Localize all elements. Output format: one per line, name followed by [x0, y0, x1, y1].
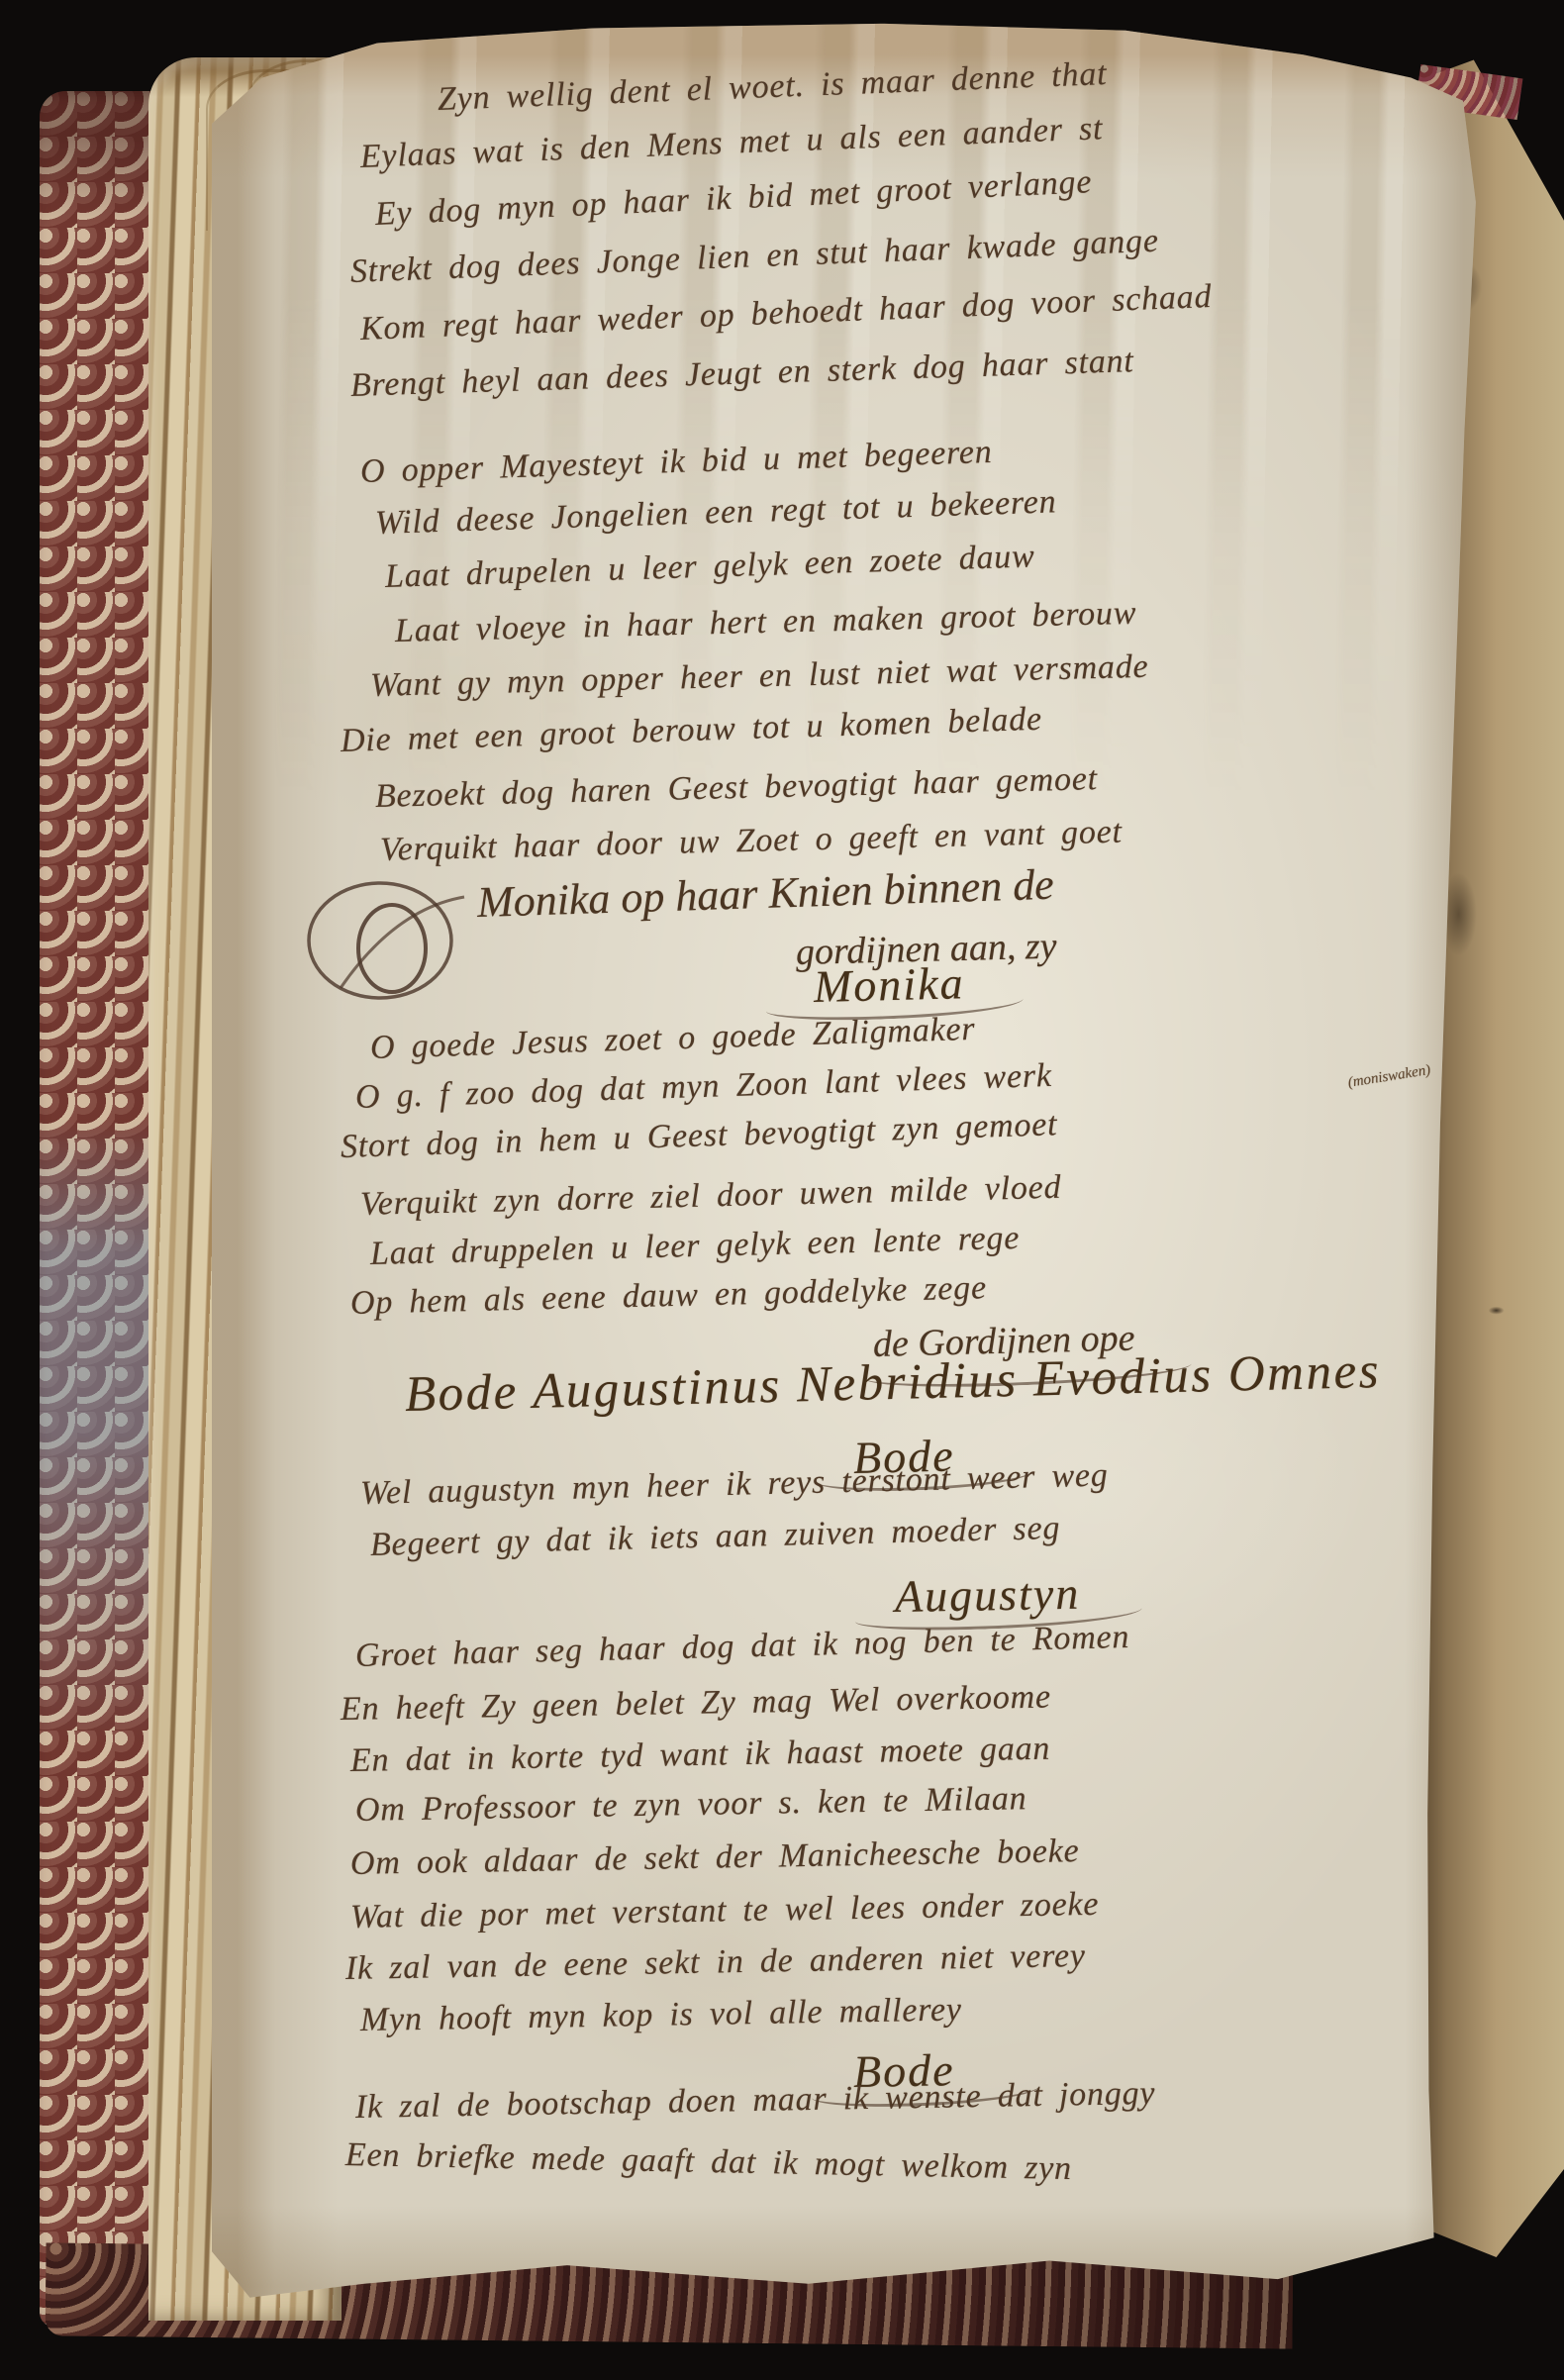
manuscript-line: Verquikt zyn dorre ziel door uwen milde …: [360, 1169, 1062, 1224]
photo-of-manuscript: { "manuscript": { "speech1_lines": [ "Zy…: [0, 0, 1564, 2380]
manuscript-line: Want gy myn opper heer en lust niet wat …: [370, 648, 1149, 705]
manuscript-line: Ik zal van de eene sekt in de anderen ni…: [345, 1937, 1086, 1988]
manuscript-line: Strekt dog dees Jonge lien en stut haar …: [349, 223, 1159, 291]
manuscript-line: O goede Jesus zoet o goede Zaligmaker: [369, 1011, 976, 1067]
manuscript-line: O g. f zoo dog dat myn Zoon lant vlees w…: [354, 1057, 1052, 1117]
manuscript-page: Zyn wellig dent el woet. is maar denne t…: [212, 18, 1481, 2321]
manuscript-line: Die met een groot berouw tot u komen bel…: [340, 701, 1042, 760]
manuscript-line: Brengt heyl aan dees Jeugt en sterk dog …: [349, 343, 1134, 405]
manuscript-line: Ik zal de bootschap doen maar ik wenste …: [355, 2075, 1156, 2127]
manuscript-line: En dat in korte tyd want ik haast moete …: [350, 1731, 1051, 1780]
manuscript-line: Laat vloeye in haar hert en maken groot …: [395, 595, 1137, 650]
manuscript-line: Laat druppelen u leer gelyk een lente re…: [370, 1220, 1021, 1273]
manuscript-line: Wat die por met verstant te wel lees ond…: [350, 1886, 1100, 1936]
stage-direction: Monika op haar Knien binnen de: [476, 859, 1054, 928]
manuscript-line: Stort dog in hem u Geest bevogtigt zyn g…: [340, 1106, 1057, 1166]
manuscript-line: Ey dog myn op haar ik bid met groot verl…: [374, 163, 1093, 234]
manuscript-line: Om ook aldaar de sekt der Manicheesche b…: [350, 1833, 1080, 1883]
manuscript-line: Zyn wellig dent el woet. is maar denne t…: [437, 55, 1108, 119]
manuscript-line: Myn hooft myn kop is vol alle mallerey: [360, 1991, 962, 2039]
cast-heading: Bode Augustinus Nebridius Evodius Omnes: [404, 1342, 1381, 1424]
manuscript-line: Laat drupelen u leer gelyk een zoete dau…: [384, 538, 1035, 596]
manuscript-line: O opper Mayesteyt ik bid u met begeeren: [359, 434, 993, 491]
manuscript-line: Bezoekt dog haren Geest bevogtigt haar g…: [375, 760, 1099, 816]
manuscript-line: Wild deese Jongelien een regt tot u beke…: [374, 483, 1057, 543]
manuscript-line: Groet haar seg haar dog dat ik nog ben t…: [355, 1619, 1130, 1675]
margin-note: (moniswaken): [1347, 1062, 1432, 1092]
manuscript-line: Wel augustyn myn heer ik reys terstont w…: [360, 1457, 1110, 1513]
manuscript-line: Begeert gy dat ik iets aan zuiven moeder…: [370, 1510, 1061, 1564]
flourish-ornament: [301, 869, 489, 1008]
manuscript-line: Een briefke mede gaaft dat ik mogt welko…: [345, 2136, 1073, 2188]
manuscript-line: Om Professoor te zyn voor s. ken te Mila…: [355, 1780, 1027, 1830]
manuscript-line: Kom regt haar weder op behoedt haar dog …: [359, 278, 1213, 348]
manuscript-line: En heeft Zy geen belet Zy mag Wel overko…: [341, 1678, 1052, 1729]
manuscript-line: Eylaas wat is den Mens met u als een aan…: [359, 110, 1104, 176]
manuscript-line: Op hem als eene dauw en goddelyke zege: [350, 1269, 988, 1323]
